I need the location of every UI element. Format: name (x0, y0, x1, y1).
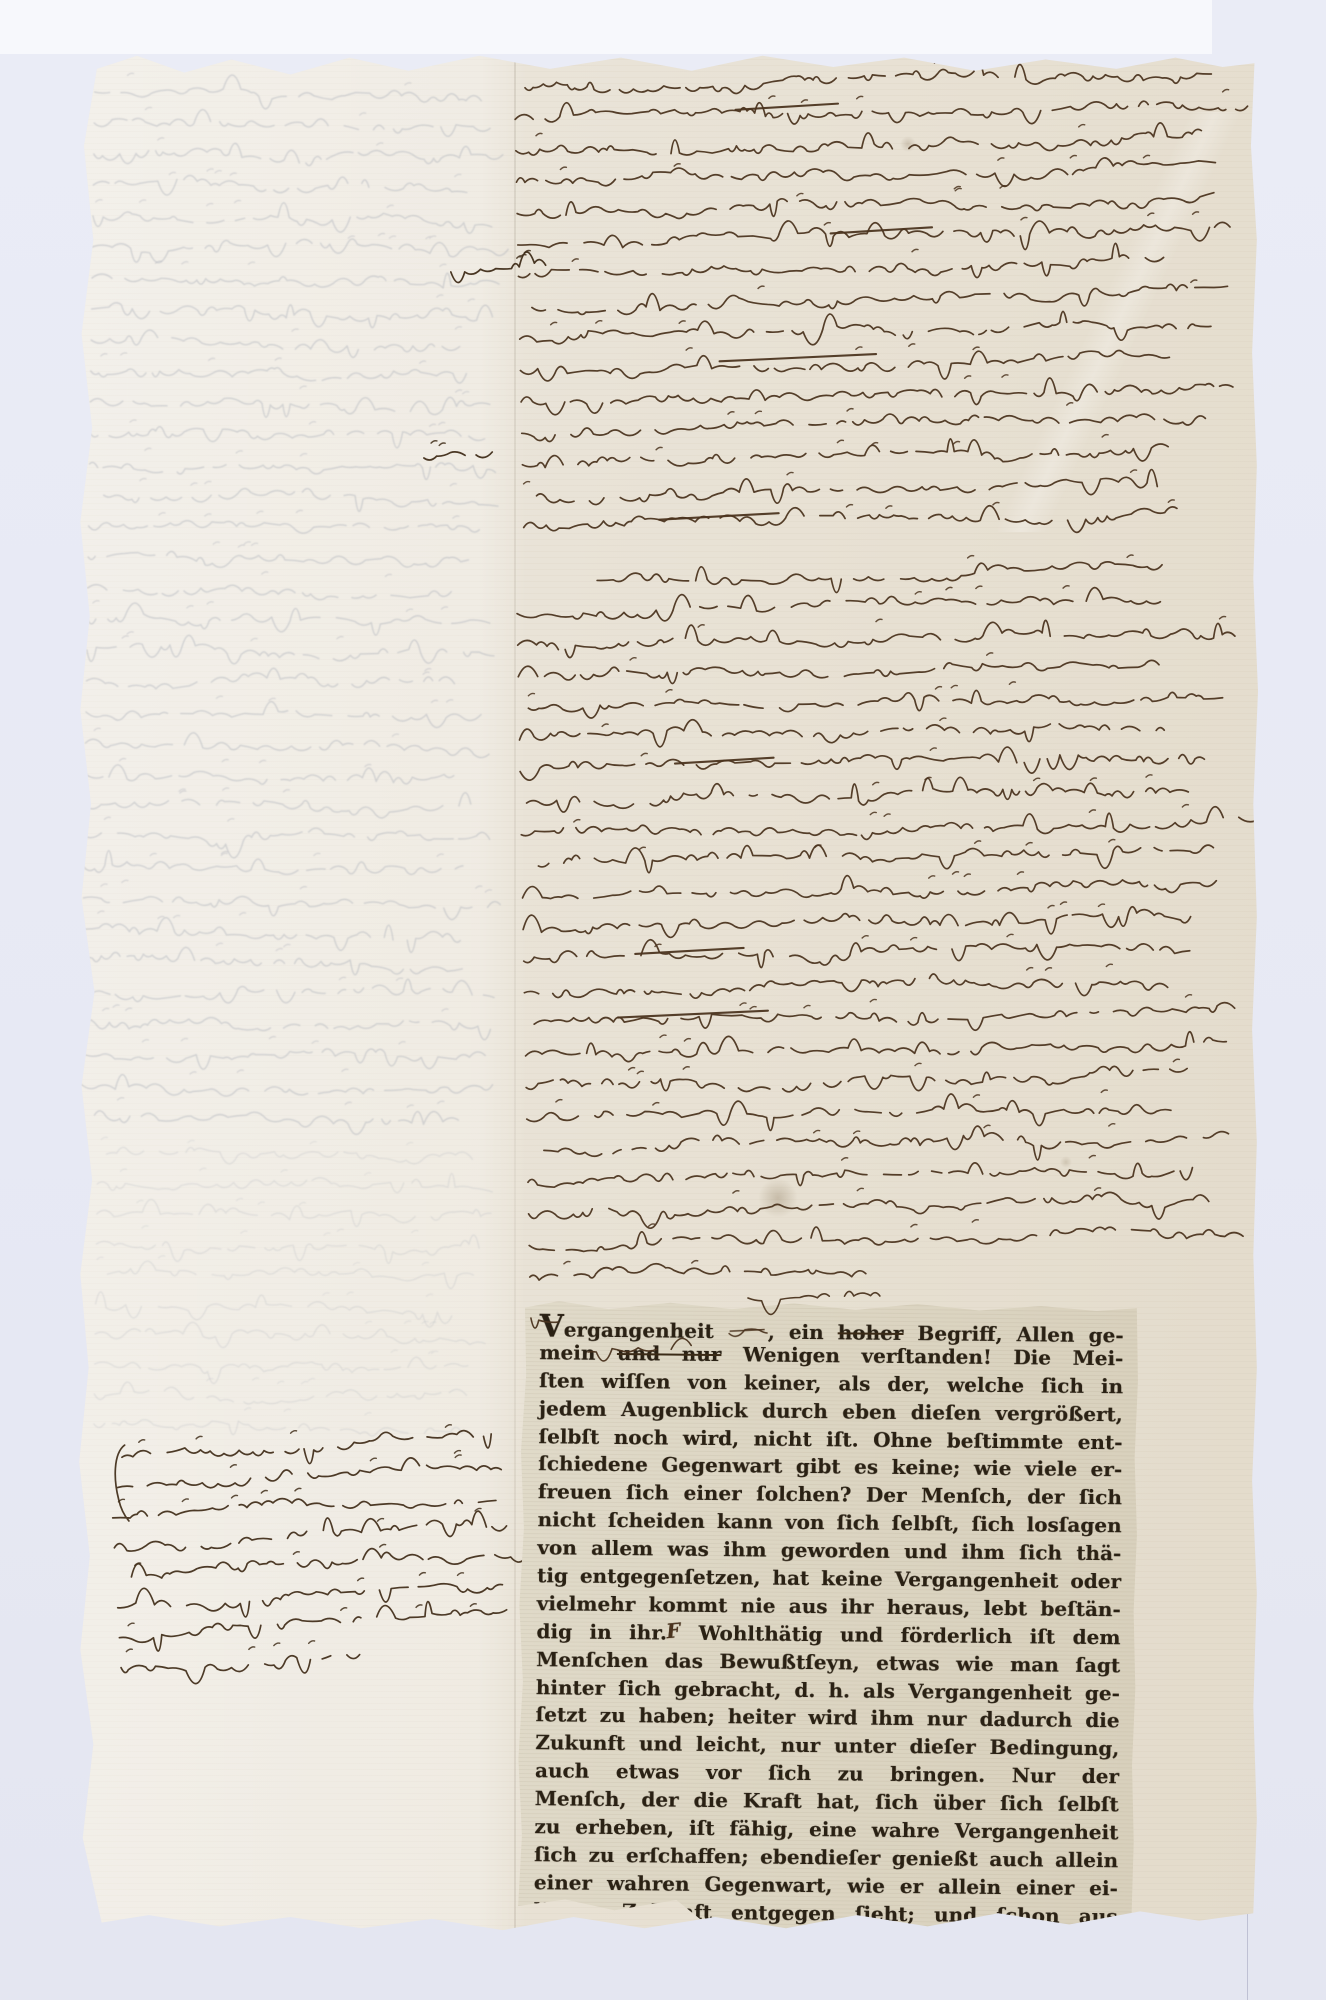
printed-text: freuen ſich einer ſolchen? Der Menſch, d… (538, 1480, 1122, 1510)
handwriting-block-ink-main-lower (516, 544, 1271, 1321)
printed-text: tig entgegenſetzen, hat keine Vergangenh… (537, 1563, 1121, 1593)
handwriting-block-ink-bottom-left (108, 1409, 562, 1709)
handwritten-mark: F (666, 1617, 683, 1646)
printed-text: ſten wiſſen von keiner, als der, welche … (539, 1368, 1123, 1398)
printed-text: Wenigen verſtanden! Die Mei- (721, 1342, 1123, 1370)
printed-text: , ein (768, 1320, 838, 1345)
scanned-document: Vergangenheit , ein hoher Begriff, Allen… (0, 0, 1326, 2000)
printed-text: lichen Zukunft entgegen ſieht; und ſchon… (533, 1898, 1117, 1928)
printed-text: zu erheben, iſt fähig, eine wahre Vergan… (534, 1814, 1118, 1844)
scanner-backdrop-strip (0, 0, 1212, 54)
hw-insert-above-strike-1 (746, 1278, 884, 1312)
handwriting-block-ink-margin-mark (423, 431, 511, 500)
printed-text: einer wahren Gegenwart, wie er allein ei… (534, 1870, 1118, 1900)
struck-word: hoher (838, 1320, 904, 1345)
printed-text: Menſchen das Bewußtſeyn, etwas wie man ſ… (536, 1647, 1120, 1677)
printed-text: ſelbſt noch wird, nicht iſt. Ohne beſtim… (538, 1424, 1122, 1454)
handwriting-block-ink-main-upper (514, 49, 1264, 571)
manuscript-page: Vergangenheit , ein hoher Begriff, Allen… (78, 52, 1258, 1932)
printed-text: jedem Augenblick durch eben dieſen vergr… (539, 1396, 1123, 1426)
printed-text: Zukunft und leicht, nur unter dieſer Bed… (535, 1731, 1119, 1761)
printed-text: Menſch, der die Kraft hat, ſich über ſic… (535, 1786, 1119, 1816)
pasted-printed-clipping: Vergangenheit , ein hoher Begriff, Allen… (515, 1298, 1140, 1944)
hw-insert-above-strike-2 (586, 1332, 674, 1366)
handwriting-block-bleed-left-upper (80, 68, 527, 1164)
printed-text: dig in ihr. (536, 1619, 667, 1644)
clipping-line: lichen Zukunft entgegen ſieht; und ſchon… (533, 1897, 1117, 1931)
printed-text: vielmehr kommt nie aus ihr heraus, lebt … (537, 1591, 1121, 1621)
printed-text: ſetzt zu haben; heiter wird ihm nur dadu… (536, 1703, 1120, 1733)
printed-text: Wohlthätig und förderlich iſt dem (681, 1620, 1121, 1649)
printed-text: von allem was ihm geworden und ihm ſich … (537, 1535, 1121, 1565)
printed-text: nicht ſcheiden kann von ſich ſelbſt, ſic… (538, 1507, 1122, 1537)
handwriting-block-ink-margin-word (450, 244, 571, 314)
printed-text: ſchiedene Gegenwart gibt es keine; wie v… (538, 1452, 1122, 1482)
clipping-text: Vergangenheit , ein hoher Begriff, Allen… (533, 1311, 1123, 1931)
printed-text: ſich zu erſchaffen; ebendieſer genießt a… (534, 1842, 1118, 1872)
hw-paste-hook (514, 1298, 550, 1332)
printed-text: auch etwas vor ſich zu bringen. Nur der (535, 1758, 1119, 1788)
printed-text: hinter ſich gebracht, d. h. als Vergange… (536, 1675, 1120, 1705)
handwritten-insert-mark (728, 1321, 768, 1341)
